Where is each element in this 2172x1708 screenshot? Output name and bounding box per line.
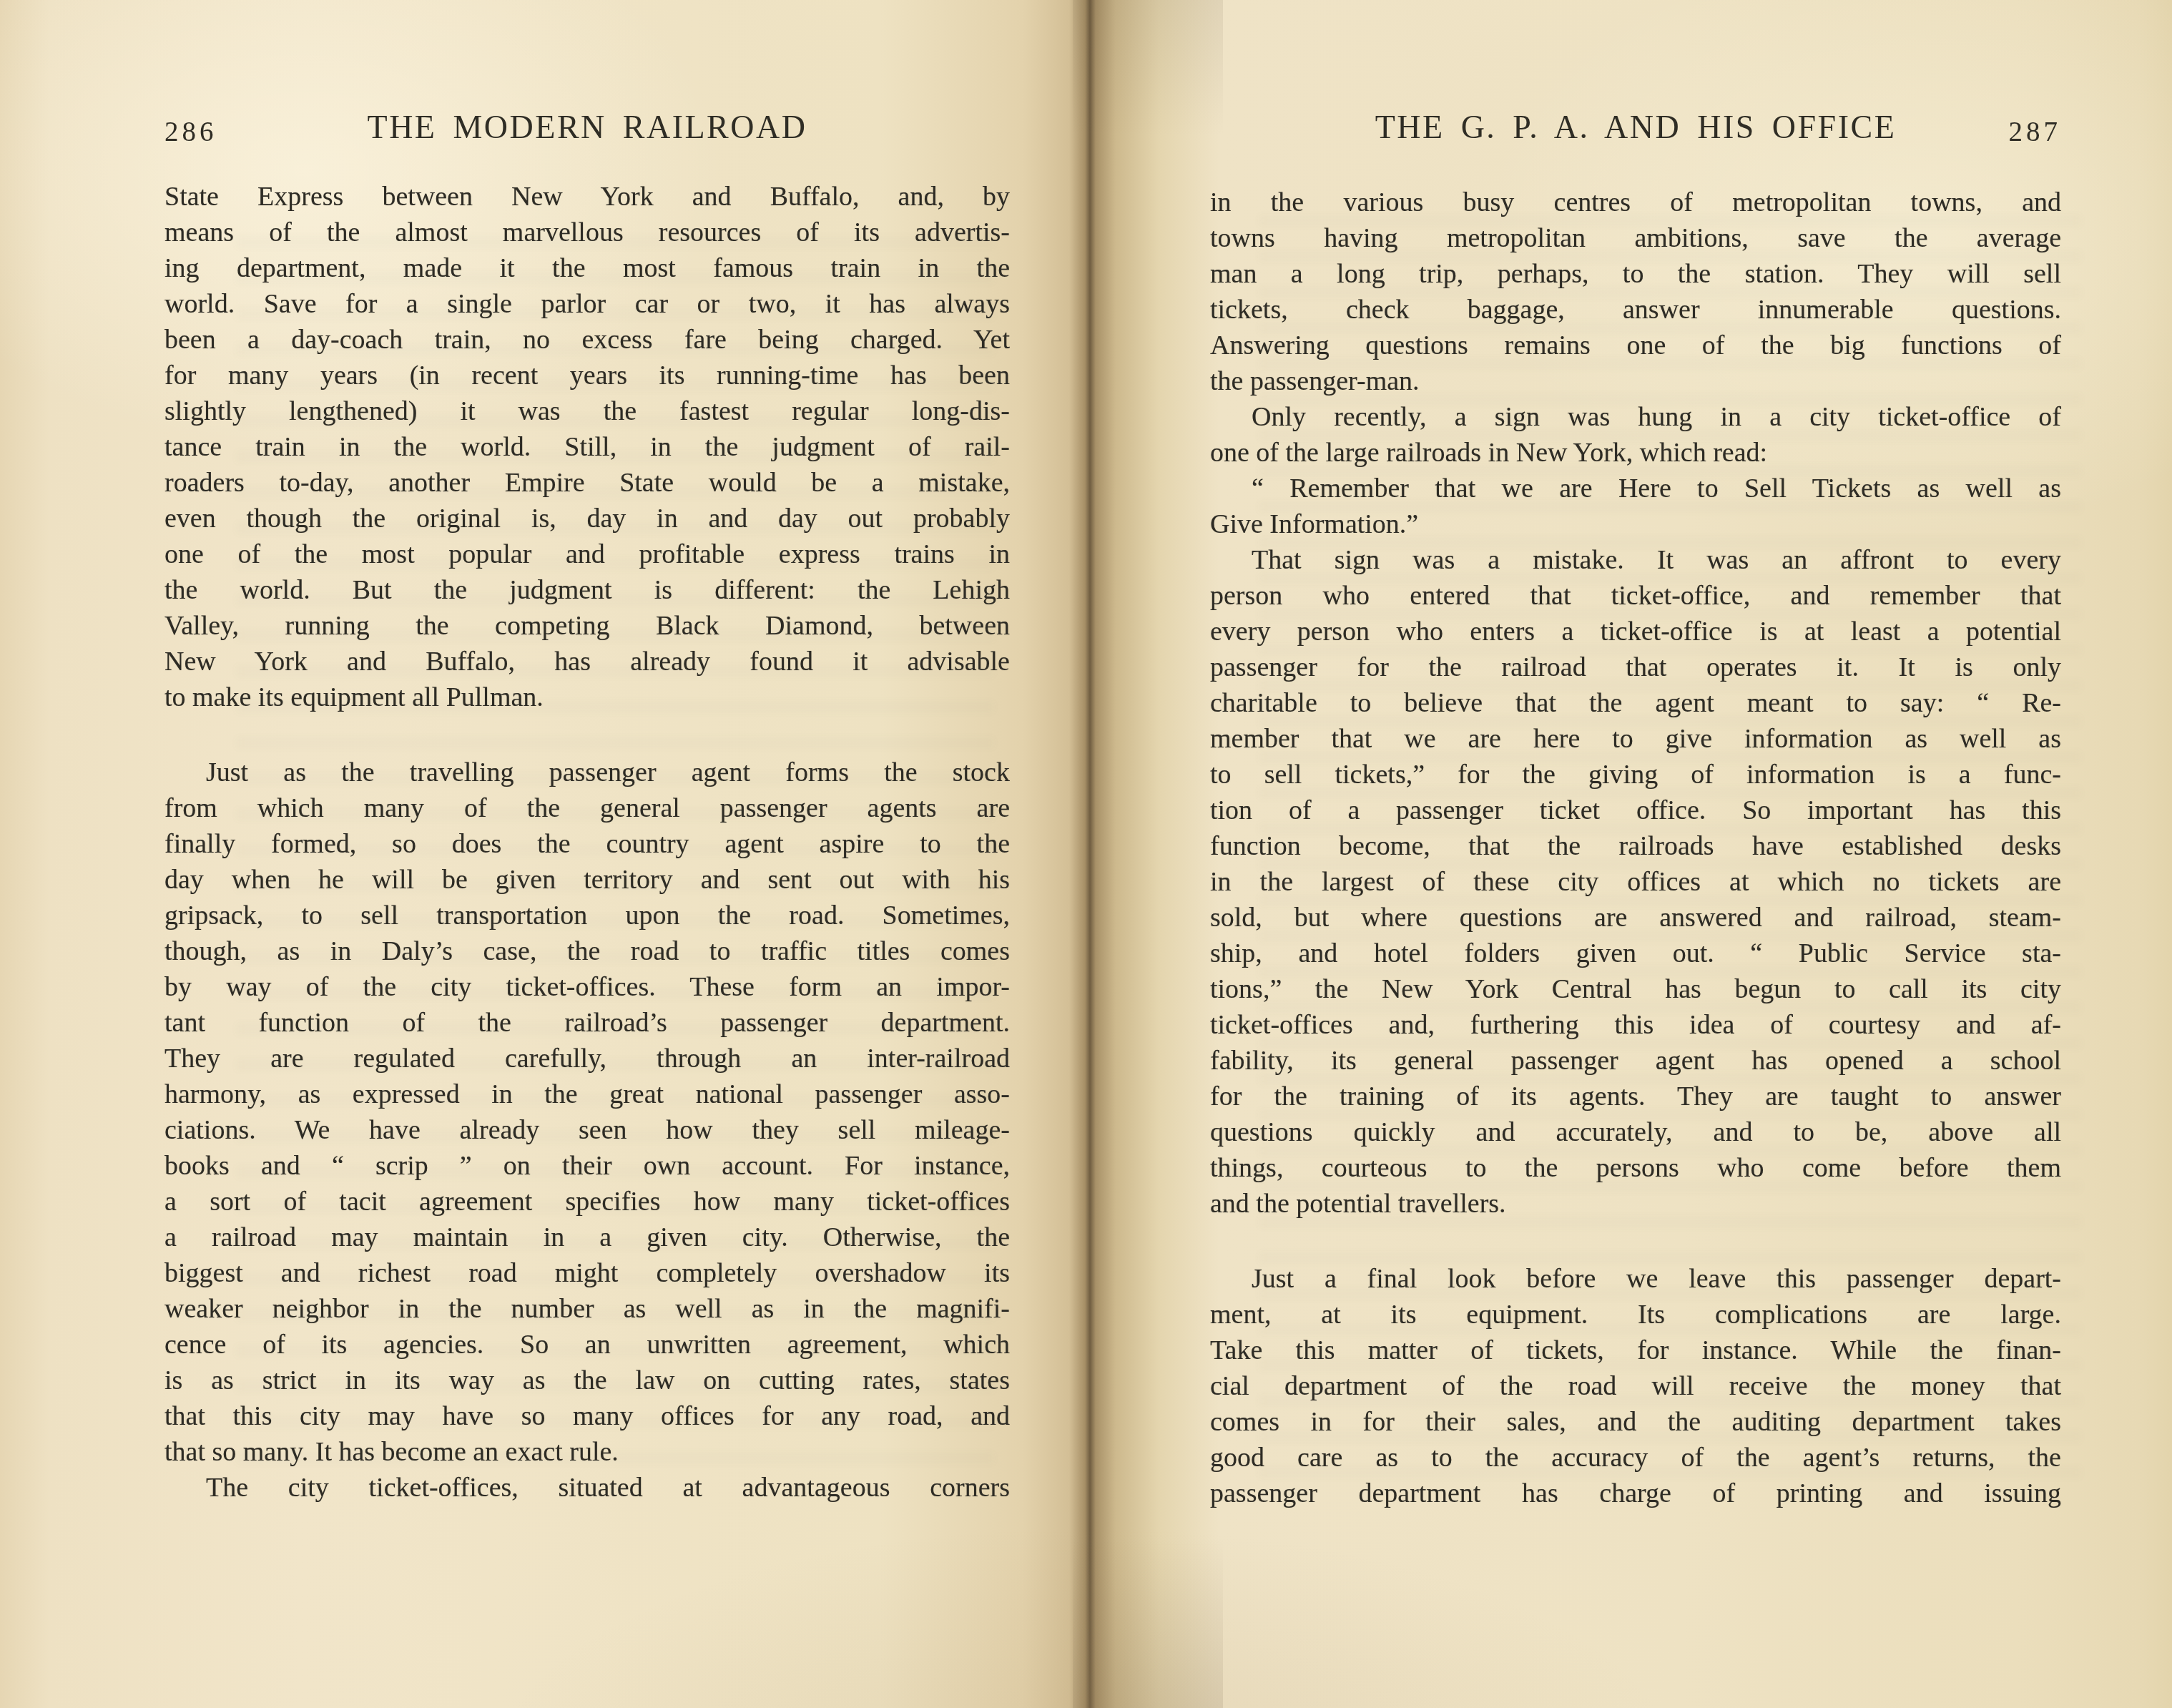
text-line: person who entered that ticket-office, a… [1210, 578, 2061, 614]
text-line: though, as in Daly’s case, the road to t… [164, 933, 1010, 969]
paragraph: State Express between New York and Buffa… [164, 179, 1010, 715]
paragraph: Just as the travelling passenger agent f… [164, 755, 1010, 1470]
page-header-left: 286 THE MODERN RAILROAD [164, 111, 1010, 147]
page-number-left: 286 [164, 116, 217, 149]
page-text-right: in the various busy centres of metropoli… [1210, 185, 2061, 1511]
text-line: and the potential travellers. [1210, 1186, 2061, 1222]
text-line: in the largest of these city offices at … [1210, 864, 2061, 900]
text-line: Take this matter of tickets, for instanc… [1210, 1332, 2061, 1368]
text-line: that so many. It has become an exact rul… [164, 1434, 1010, 1470]
paragraph: “ Remember that we are Here to Sell Tick… [1210, 471, 2061, 542]
text-line: to make its equipment all Pullman. [164, 679, 1010, 715]
page-header-right: THE G. P. A. AND HIS OFFICE 287 [1210, 111, 2061, 147]
text-line: cence of its agencies. So an unwritten a… [164, 1327, 1010, 1363]
text-line: tance train in the world. Still, in the … [164, 429, 1010, 465]
text-line: Answering questions remains one of the b… [1210, 328, 2061, 363]
text-line: ment, at its equipment. Its complication… [1210, 1297, 2061, 1332]
text-line: means of the almost marvellous resources… [164, 215, 1010, 250]
book-spread: 286 THE MODERN RAILROAD State Express be… [0, 0, 2172, 1708]
text-line: one of the large railroads in New York, … [1210, 435, 2061, 471]
text-line: comes in for their sales, and the auditi… [1210, 1404, 2061, 1440]
running-title-left: THE MODERN RAILROAD [368, 109, 807, 145]
text-line: been a day-coach train, no excess fare b… [164, 322, 1010, 358]
paragraph: Only recently, a sign was hung in a city… [1210, 399, 2061, 471]
text-line: roaders to-day, another Empire State wou… [164, 465, 1010, 501]
text-line: member that we are here to give informat… [1210, 721, 2061, 757]
text-line: cial department of the road will receive… [1210, 1368, 2061, 1404]
text-line: books and “ scrip ” on their own account… [164, 1148, 1010, 1184]
text-line: Give Information.” [1210, 506, 2061, 542]
paragraph: in the various busy centres of metropoli… [1210, 185, 2061, 399]
text-line: the world. But the judgment is different… [164, 572, 1010, 608]
text-line: tant function of the railroad’s passenge… [164, 1005, 1010, 1041]
text-line: They are regulated carefully, through an… [164, 1041, 1010, 1076]
text-line: finally formed, so does the country agen… [164, 826, 1010, 862]
text-line: man a long trip, perhaps, to the station… [1210, 256, 2061, 292]
text-line: day when he will be given territory and … [164, 862, 1010, 898]
text-line: in the various busy centres of metropoli… [1210, 185, 2061, 220]
text-line: tions,” the New York Central has begun t… [1210, 971, 2061, 1007]
text-line: ticket-offices and, furthering this idea… [1210, 1007, 2061, 1043]
text-line: a railroad may maintain in a given city.… [164, 1219, 1010, 1255]
text-line: State Express between New York and Buffa… [164, 179, 1010, 215]
text-line: slightly lengthened) it was the fastest … [164, 393, 1010, 429]
text-line: tion of a passenger ticket office. So im… [1210, 792, 2061, 828]
text-line: ship, and hotel folders given out. “ Pub… [1210, 936, 2061, 971]
text-line: one of the most popular and profitable e… [164, 536, 1010, 572]
text-line: every person who enters a ticket-office … [1210, 614, 2061, 649]
text-line: towns having metropolitan ambitions, sav… [1210, 220, 2061, 256]
text-line: from which many of the general passenger… [164, 790, 1010, 826]
text-line: that this city may have so many offices … [164, 1398, 1010, 1434]
page-text-left: State Express between New York and Buffa… [164, 179, 1010, 1506]
text-line: harmony, as expressed in the great natio… [164, 1076, 1010, 1112]
text-line: Just as the travelling passenger agent f… [164, 755, 1010, 790]
text-line: the passenger-man. [1210, 363, 2061, 399]
text-line: Only recently, a sign was hung in a city… [1210, 399, 2061, 435]
text-line: ciations. We have already seen how they … [164, 1112, 1010, 1148]
text-line: weaker neighbor in the number as well as… [164, 1291, 1010, 1327]
text-line: “ Remember that we are Here to Sell Tick… [1210, 471, 2061, 506]
paragraph: The city ticket-offices, situated at adv… [164, 1470, 1010, 1506]
text-line: good care as to the accuracy of the agen… [1210, 1440, 2061, 1476]
text-line: Just a final look before we leave this p… [1210, 1261, 2061, 1297]
text-line: sold, but where questions are answered a… [1210, 900, 2061, 936]
text-line: The city ticket-offices, situated at adv… [164, 1470, 1010, 1506]
text-line: New York and Buffalo, has already found … [164, 644, 1010, 679]
text-line: world. Save for a single parlor car or t… [164, 286, 1010, 322]
text-line: to sell tickets,” for the giving of info… [1210, 757, 2061, 792]
text-line: even though the original is, day in and … [164, 501, 1010, 536]
text-line: fability, its general passenger agent ha… [1210, 1043, 2061, 1079]
text-line: passenger for the railroad that operates… [1210, 649, 2061, 685]
text-line: a sort of tacit agreement specifies how … [164, 1184, 1010, 1219]
text-line: charitable to believe that the agent mea… [1210, 685, 2061, 721]
text-line: function become, that the railroads have… [1210, 828, 2061, 864]
page-number-right: 287 [2009, 116, 2062, 149]
running-title-right: THE G. P. A. AND HIS OFFICE [1375, 109, 1897, 145]
text-line: That sign was a mistake. It was an affro… [1210, 542, 2061, 578]
book-gutter [1073, 0, 1223, 1708]
text-line: questions quickly and accurately, and to… [1210, 1114, 2061, 1150]
text-line: gripsack, to sell transportation upon th… [164, 898, 1010, 933]
text-line: ing department, made it the most famous … [164, 250, 1010, 286]
paragraph: Just a final look before we leave this p… [1210, 1261, 2061, 1511]
text-line: biggest and richest road might completel… [164, 1255, 1010, 1291]
text-line: is as strict in its way as the law on cu… [164, 1363, 1010, 1398]
text-line: for many years (in recent years its runn… [164, 358, 1010, 393]
text-line: for the training of its agents. They are… [1210, 1079, 2061, 1114]
paragraph: That sign was a mistake. It was an affro… [1210, 542, 2061, 1222]
text-line: passenger department has charge of print… [1210, 1476, 2061, 1511]
text-line: Valley, running the competing Black Diam… [164, 608, 1010, 644]
text-line: by way of the city ticket-offices. These… [164, 969, 1010, 1005]
text-line: tickets, check baggage, answer innumerab… [1210, 292, 2061, 328]
text-line: things, courteous to the persons who com… [1210, 1150, 2061, 1186]
